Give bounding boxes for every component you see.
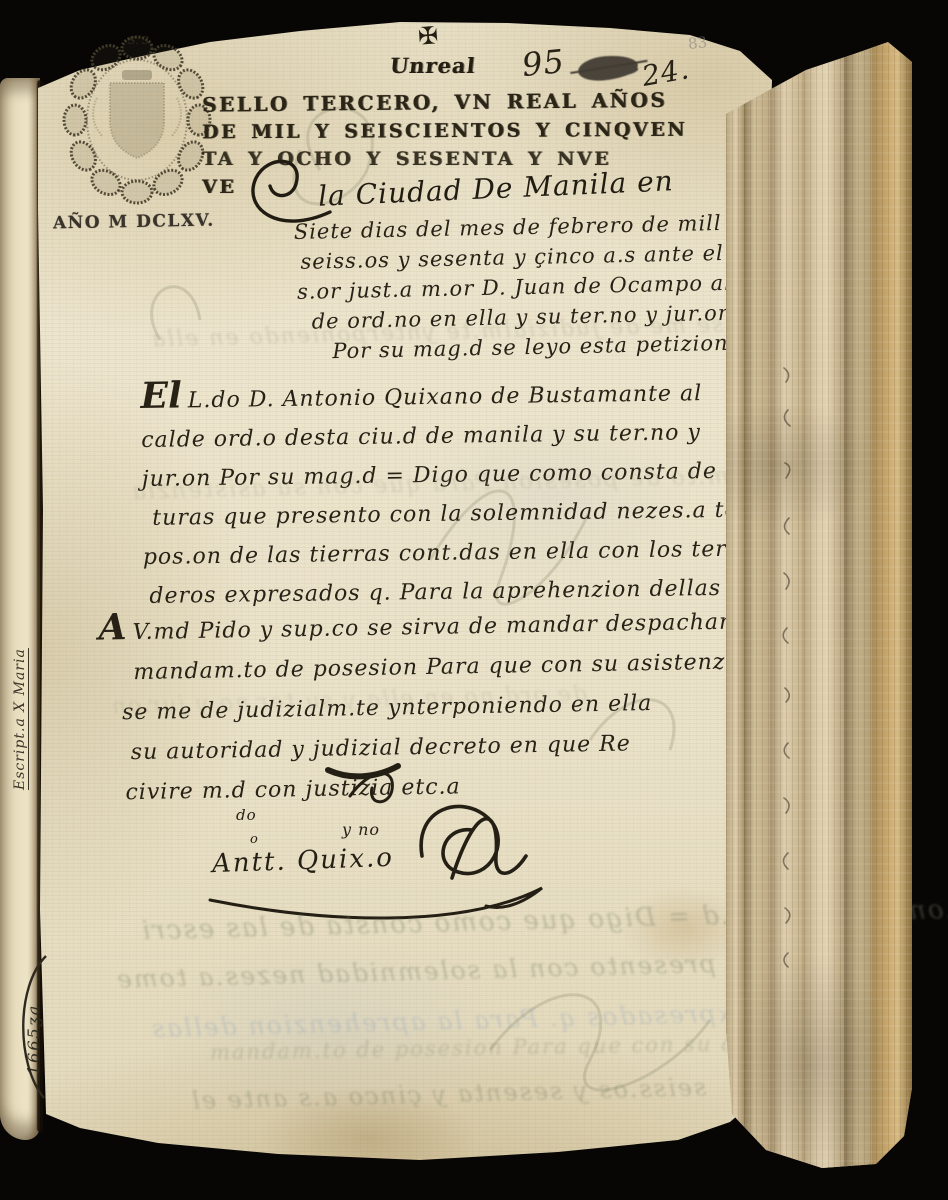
header-line-1: SELLO TERCERO, VN REAL AÑOS (202, 87, 722, 116)
margin-note-lower: 1665ʒa (24, 965, 43, 1075)
page-edge-strip (770, 28, 802, 1180)
royal-seal-stamp-icon: S. 3 (52, 28, 222, 210)
signature-rubric-flourish-icon (200, 760, 630, 920)
printed-cross-ornament-icon: ✠ (417, 21, 439, 50)
fore-edge-stack (726, 28, 912, 1180)
page-edge-strip (744, 28, 770, 1180)
tax-value-label: Unreal (389, 53, 477, 78)
seal-mark: S. 3 (128, 34, 149, 47)
edge-writing-marks-icon (776, 358, 802, 978)
paragraph-initial: El (140, 374, 182, 417)
paragraph-initial: A (98, 606, 127, 648)
manuscript-photo: ✠ Unreal 95 24. 83 S. 3 AÑO M DCLXV. (0, 0, 948, 1200)
folio-number-old: 95 (520, 42, 566, 84)
margin-year-label: AÑO M DCLXV. (53, 211, 215, 234)
margin-note-upper: Escript.a X Maria (12, 600, 28, 790)
book-cover-edge (872, 28, 912, 1180)
page-edge-strip (802, 28, 844, 1180)
page-edge-strip (844, 28, 872, 1180)
header-line-2: DE MIL Y SEISCIENTOS Y CINQVEN (202, 119, 722, 144)
page-edge-strip (726, 28, 744, 1180)
pencil-annotation: 83 (687, 33, 708, 53)
